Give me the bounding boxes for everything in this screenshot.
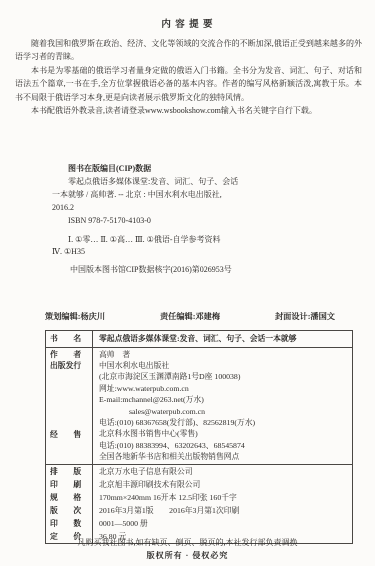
edition-label: 版 次 (50, 505, 90, 516)
print-run-value: 0001—5000 册 (99, 518, 350, 529)
author-value: 高帅 著 (99, 349, 350, 360)
page-footer: 凡购买我社图书,如有缺页、倒页、脱页的,本社发行部负责调换 版权所有 · 侵权必… (0, 537, 375, 561)
format-label: 规 格 (50, 492, 90, 503)
table-row-publisher-group: 作 者 出版发行 经 售 高帅 著 中国水利水电出版社 (北京市海淀区玉渊潭南路… (46, 348, 352, 465)
typesetting-value: 北京万水电子信息有限公司 (99, 466, 350, 477)
table-row-print-specs: 排 版 北京万水电子信息有限公司 印 刷 北京旭丰源印刷技术有限公司 规 格 1… (46, 465, 352, 543)
cip-title-line1: 零起点俄语多媒体课堂:发音、词汇、句子、会话 (68, 176, 355, 189)
publisher-phone: 电话:(010) 68367658(发行部)、82562819(万水) (99, 417, 350, 428)
author-label: 作 者 (50, 349, 81, 360)
summary-paragraph-2: 本书是为零基础的俄语学习者量身定做的俄语入门书籍。全书分为发音、词汇、句子、对话… (15, 64, 362, 104)
cip-isbn: ISBN 978-7-5170-4103-0 (68, 215, 355, 228)
table-row-typesetting: 排 版 北京万水电子信息有限公司 (46, 465, 352, 478)
publisher-email-2: sales@waterpub.com.cn (99, 406, 350, 417)
credits-row: 策划编辑:杨庆川 责任编辑:邓建梅 封面设计:潘国文 (45, 311, 351, 322)
publisher-label: 出版发行 (50, 360, 81, 371)
table-row-book-title: 书 名 零起点俄语多媒体课堂:发音、词汇、句子、会话一本就够 (46, 331, 352, 348)
publisher-name: 中国水利水电出版社 (99, 360, 350, 371)
copyright-page: 内 容 提 要 随着我国和俄罗斯在政治、经济、文化等领域的交流合作的不断加深,俄… (0, 0, 375, 566)
cip-classification-line1: Ⅰ. ①零… Ⅱ. ①高… Ⅲ. ①俄语-自学参考资料 (68, 234, 355, 247)
cip-block: 图书在版编目(CIP)数据 零起点俄语多媒体课堂:发音、词汇、句子、会话 一本就… (52, 163, 355, 277)
table-row-printing: 印 刷 北京旭丰源印刷技术有限公司 (46, 478, 352, 491)
colophon-table: 书 名 零起点俄语多媒体课堂:发音、词汇、句子、会话一本就够 作 者 出版发行 … (45, 330, 353, 544)
book-title-value: 零起点俄语多媒体课堂:发音、词汇、句子、会话一本就够 (99, 332, 350, 346)
content-summary: 随着我国和俄罗斯在政治、经济、文化等领域的交流合作的不断加深,俄语正受到越来越多… (15, 37, 362, 117)
printing-value: 北京旭丰源印刷技术有限公司 (99, 479, 350, 490)
typesetting-label: 排 版 (50, 466, 90, 477)
printing-label: 印 刷 (50, 479, 90, 490)
cover-designer: 封面设计:潘国文 (275, 311, 335, 322)
print-run-label: 印 数 (50, 518, 90, 529)
cip-heading: 图书在版编目(CIP)数据 (68, 163, 355, 176)
copyright-notice: 版权所有 · 侵权必究 (0, 550, 375, 561)
distributor-phone: 电话:(010) 88383994、63202643、68545874 (99, 440, 350, 451)
table-row-format: 规 格 170mm×240mm 16开本 12.5印张 160千字 (46, 491, 352, 504)
publisher-address: (北京市海淀区玉渊潭南路1号D座 100038) (99, 371, 350, 382)
publisher-website: 网址:www.waterpub.com.cn (99, 383, 350, 394)
format-value: 170mm×240mm 16开本 12.5印张 160千字 (99, 492, 350, 503)
planning-editor: 策划编辑:杨庆川 (45, 311, 105, 322)
cip-title-line3: 2016.2 (52, 202, 355, 215)
table-row-edition: 版 次 2016年3月第1版 2016年3月第1次印刷 (46, 504, 352, 517)
edition-value: 2016年3月第1版 2016年3月第1次印刷 (99, 505, 350, 516)
cip-registry-number: 中国版本图书馆CIP数据核字(2016)第026953号 (70, 264, 355, 277)
exchange-notice: 凡购买我社图书,如有缺页、倒页、脱页的,本社发行部负责调换 (0, 537, 375, 548)
content-summary-title: 内 容 提 要 (0, 16, 375, 30)
summary-paragraph-3: 本书配俄语外教录音,读者请登录www.wsbookshow.com输入书名关键字… (15, 104, 362, 117)
executive-editor: 责任编辑:邓建梅 (160, 311, 220, 322)
table-row-print-run: 印 数 0001—5000 册 (46, 517, 352, 530)
summary-paragraph-1: 随着我国和俄罗斯在政治、经济、文化等领域的交流合作的不断加深,俄语正受到越来越多… (15, 37, 362, 64)
cip-title-line2: 一本就够 / 高帅著. -- 北京 : 中国水利水电出版社, (52, 189, 355, 202)
book-title-label: 书 名 (50, 332, 90, 346)
cip-classification-line2: Ⅳ. ①H35 (52, 246, 355, 259)
distributor-label: 经 售 (50, 429, 81, 440)
publisher-email-1: E-mail:mchannel@263.net(万水) (99, 394, 350, 405)
distributor-name: 北京科水图书销售中心(零售) (99, 428, 350, 439)
distributor-outlets: 全国各地新华书店和相关出版物销售网点 (99, 451, 350, 462)
